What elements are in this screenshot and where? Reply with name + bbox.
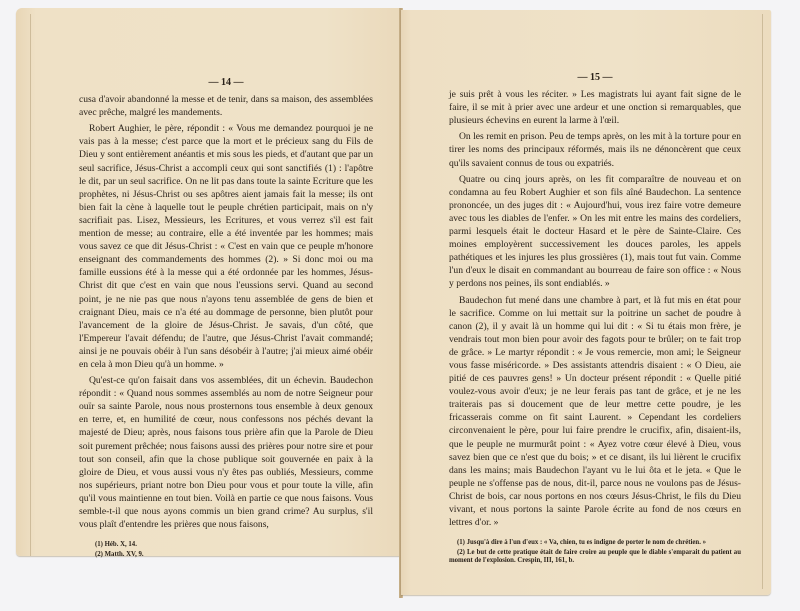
page-edge (30, 14, 31, 556)
paragraph: cusa d'avoir abandonné la messe et de te… (79, 93, 373, 119)
footnote: (1) Héb. X, 14. (87, 541, 373, 550)
page-number: — 14 — (79, 76, 373, 89)
footnote: (2) Le but de cette pratique était de fa… (449, 549, 741, 566)
paragraph: Qu'est-ce qu'on faisait dans vos assembl… (79, 374, 373, 531)
paragraph: Baudechon fut mené dans une chambre à pa… (449, 294, 741, 530)
left-page: — 14 — cusa d'avoir abandonné la messe e… (16, 8, 401, 556)
right-page-text: — 15 — je suis prêt à vous les réciter. … (449, 71, 741, 567)
left-page-text: — 14 — cusa d'avoir abandonné la messe e… (79, 76, 373, 560)
footnotes: (1) Jusqu'à dire à l'un d'eux : « Va, ch… (449, 539, 741, 566)
paragraph: On les remit en prison. Peu de temps apr… (449, 130, 741, 169)
paragraph: Robert Aughier, le père, répondit : « Vo… (79, 122, 373, 371)
paragraph: je suis prêt à vous les réciter. » Les m… (449, 88, 741, 127)
footnote: (1) Jusqu'à dire à l'un d'eux : « Va, ch… (449, 539, 741, 548)
paragraph: Quatre ou cinq jours après, on les fit c… (449, 173, 741, 291)
footnote: (2) Matth. XV, 9. (87, 551, 373, 560)
page-edge (762, 14, 763, 589)
page-number: — 15 — (449, 71, 741, 84)
footnotes: (1) Héb. X, 14. (2) Matth. XV, 9. (79, 541, 373, 559)
right-page: — 15 — je suis prêt à vous les réciter. … (401, 10, 771, 595)
